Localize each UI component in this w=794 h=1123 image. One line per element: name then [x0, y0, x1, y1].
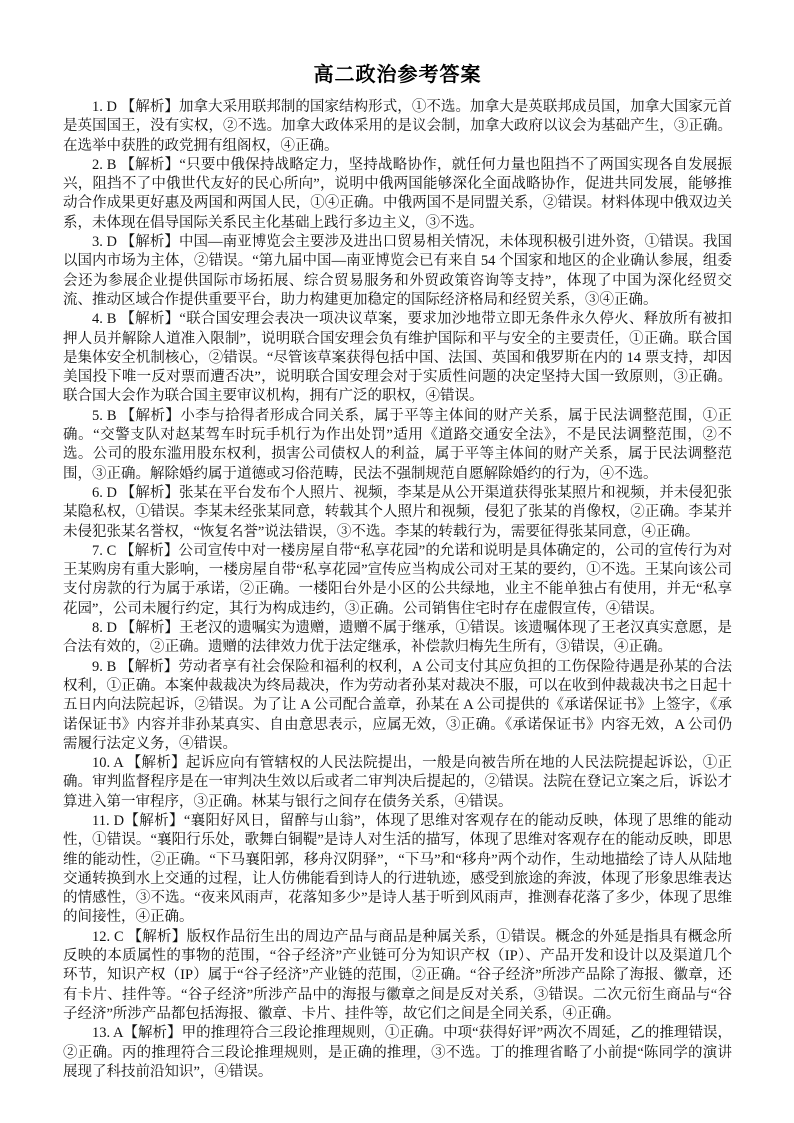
answer-item-9: 9. B 【解析】劳动者享有社会保险和福利的权利，A 公司支付其应负担的工伤保险…: [63, 658, 732, 754]
answer-prefix-3: 3. D 【解析】: [92, 234, 179, 250]
answer-item-13: 13. A【解析】甲的推理符合三段论推理规则，①正确。中项“获得好评”两次不周延…: [63, 1024, 732, 1082]
answer-item-7: 7. C 【解析】公司宣传中对一楼房屋自带“私享花园”的允诺和说明是具体确定的，…: [63, 542, 732, 619]
answer-prefix-9: 9. B 【解析】: [92, 659, 178, 675]
answer-prefix-1: 1. D 【解析】: [92, 99, 179, 115]
answer-list: 1. D 【解析】加拿大采用联邦制的国家结构形式，①不选。加拿大是英联邦成员国，…: [63, 98, 732, 1082]
answer-prefix-8: 8. D 【解析】: [92, 620, 179, 636]
answer-analysis-11: “襄阳好风日，留醉与山翁”，体现了思维对客观存在的能动反映，体现了思维的能动性，…: [63, 813, 732, 925]
answer-prefix-13: 13. A【解析】: [92, 1025, 182, 1041]
answer-item-3: 3. D 【解析】中国—南亚博览会主要涉及进出口贸易相关情况，未体现积极引进外资…: [63, 233, 732, 310]
answer-prefix-12: 12. C 【解析】: [92, 929, 187, 945]
answer-item-1: 1. D 【解析】加拿大采用联邦制的国家结构形式，①不选。加拿大是英联邦成员国，…: [63, 98, 732, 156]
answer-item-10: 10. A 【解析】起诉应向有管辖权的人民法院提出，一般是向被告所在地的人民法院…: [63, 754, 732, 812]
answer-item-12: 12. C 【解析】版权作品衍生出的周边产品与商品是种属关系，①错误。概念的外延…: [63, 928, 732, 1024]
answer-prefix-10: 10. A 【解析】: [92, 755, 186, 771]
answer-item-5: 5. B 【解析】小李与拾得者形成合同关系，属于平等主体间的财产关系，属于民法调…: [63, 407, 732, 484]
answer-item-11: 11. D【解析】“襄阳好风日，留醉与山翁”，体现了思维对客观存在的能动反映，体…: [63, 812, 732, 928]
answer-prefix-11: 11. D【解析】: [92, 813, 184, 829]
answer-item-4: 4. B 【解析】“联合国安理会表决一项决议草案，要求加沙地带立即无条件永久停火…: [63, 310, 732, 406]
answer-item-6: 6. D 【解析】张某在平台发布个人照片、视频，李某是从公开渠道获得张某照片和视…: [63, 484, 732, 542]
page-title: 高二政治参考答案: [63, 62, 732, 88]
document-page: 高二政治参考答案 1. D 【解析】加拿大采用联邦制的国家结构形式，①不选。加拿…: [0, 0, 794, 1123]
answer-item-8: 8. D 【解析】王老汉的遗嘱实为遗赠，遗赠不属于继承，①错误。该遗嘱体现了王老…: [63, 619, 732, 658]
answer-prefix-4: 4. B 【解析】: [92, 311, 179, 327]
answer-prefix-2: 2. B 【解析】: [92, 157, 179, 173]
answer-item-2: 2. B 【解析】“只要中俄保持战略定力，坚持战略协作，就任何力量也阻挡不了两国…: [63, 156, 732, 233]
answer-prefix-7: 7. C 【解析】: [92, 543, 178, 559]
answer-prefix-5: 5. B 【解析】: [92, 408, 180, 424]
answer-prefix-6: 6. D 【解析】: [92, 485, 179, 501]
